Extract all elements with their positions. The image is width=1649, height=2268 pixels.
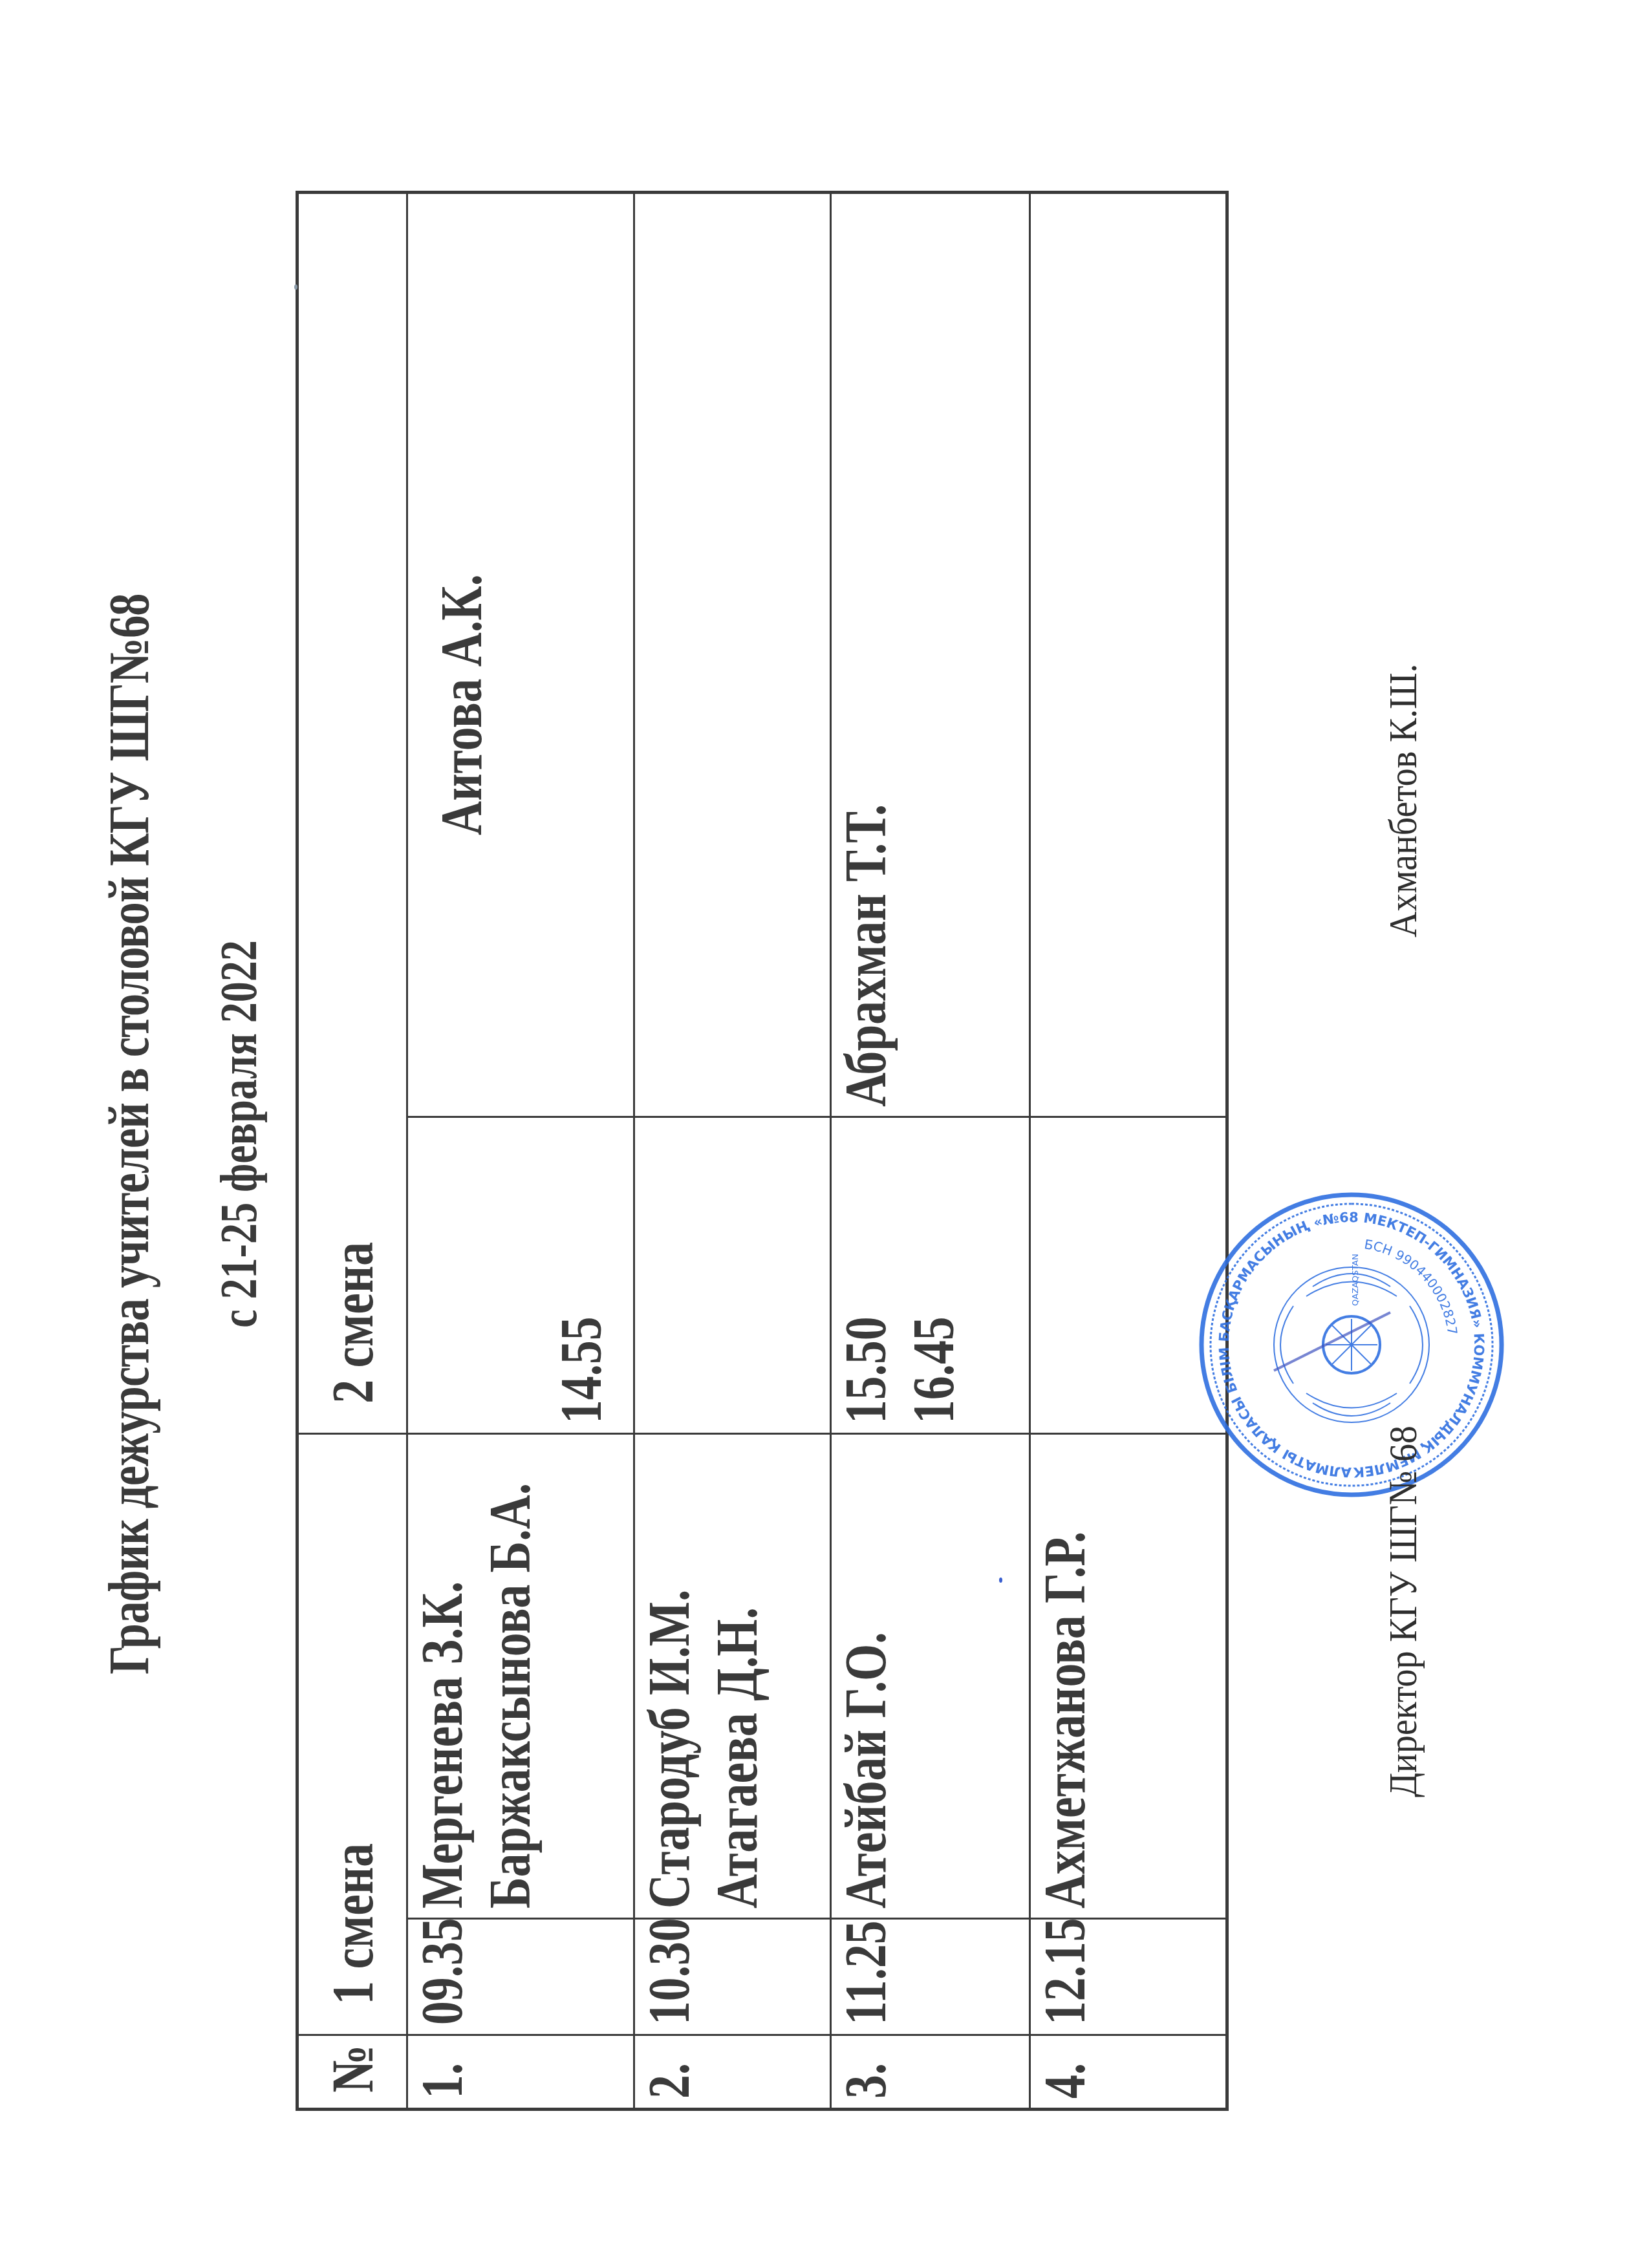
director-title: Директор КГУ ШГ№ 68 bbox=[1381, 1426, 1427, 1797]
shift-1-teachers: Атейбай Г.О. bbox=[831, 1434, 1030, 1919]
table-header-row: № 1 смена 2 смена bbox=[297, 193, 407, 2110]
document-page: График дежурства учителей в столовой КГУ… bbox=[0, 0, 1649, 2268]
document-title: График дежурства учителей в столовой КГУ… bbox=[97, 227, 162, 2041]
row-number: 1. bbox=[407, 2035, 634, 2110]
row-number: 3. bbox=[831, 2035, 1030, 2110]
table-row: 1. 09.35 Мергенева З.К. Баржаксынова Б.А… bbox=[407, 193, 634, 2110]
teacher-name: Ахметжанова Г.Р. bbox=[1031, 1532, 1099, 1909]
shift-2-teachers: Аитова А.К. bbox=[407, 193, 634, 1117]
duty-schedule-table: № 1 смена 2 смена 1. 09.35 Мергенева З.К… bbox=[296, 191, 1229, 2111]
shift-1-teachers: Стародуб И.М. Атагаева Д.Н. bbox=[634, 1434, 831, 1919]
shift-2-time: 14.55 bbox=[407, 1117, 634, 1434]
svg-text:QAZAQSTAN: QAZAQSTAN bbox=[1351, 1254, 1361, 1306]
table-row: 4. 12.15 Ахметжанова Г.Р. bbox=[1030, 193, 1227, 2110]
teacher-name: Стародуб И.М. bbox=[635, 1590, 703, 1909]
shift-2-time bbox=[634, 1117, 831, 1434]
shift-2-teachers: Абрахман Т.Т. bbox=[831, 193, 1030, 1117]
teacher-name: Баржаксынова Б.А. bbox=[476, 1483, 544, 1909]
scan-artifact bbox=[294, 284, 297, 290]
table-row: 3. 11.25 Атейбай Г.О. 15.50 16.45 Абрахм… bbox=[831, 193, 1030, 2110]
row-number: 2. bbox=[634, 2035, 831, 2110]
teacher-name: Атейбай Г.О. bbox=[832, 1632, 900, 1909]
shift-1-teachers: Ахметжанова Г.Р. bbox=[1030, 1434, 1227, 1919]
official-stamp-icon: АЛМАТЫ ҚАЛАСЫ БІЛІМ БАСҚАРМАСЫНЫҢ «№68 М… bbox=[1196, 1190, 1507, 1500]
row-number: 4. bbox=[1030, 2035, 1227, 2110]
header-number: № bbox=[297, 2035, 407, 2110]
teacher-name: Мергенева З.К. bbox=[408, 1483, 476, 1909]
teacher-name: Аитова А.К. bbox=[427, 574, 495, 835]
header-shift-1: 1 смена bbox=[297, 1434, 407, 2035]
table-row: 2. 10.30 Стародуб И.М. Атагаева Д.Н. bbox=[634, 193, 831, 2110]
director-name: Ахманбетов К.Ш. bbox=[1381, 664, 1427, 937]
shift-2-time: 15.50 16.45 bbox=[831, 1117, 1030, 1434]
shift-1-teachers: Мергенева З.К. Баржаксынова Б.А. bbox=[407, 1434, 634, 1919]
shift-1-time: 09.35 bbox=[407, 1919, 634, 2035]
teacher-name: Абрахман Т.Т. bbox=[832, 804, 900, 1107]
shift-2-teachers bbox=[634, 193, 831, 1117]
shift-1-time: 12.15 bbox=[1030, 1919, 1227, 2035]
shift-1-time: 10.30 bbox=[634, 1919, 831, 2035]
header-shift-2: 2 смена bbox=[297, 193, 407, 1434]
shift-2-teachers bbox=[1030, 193, 1227, 1117]
document-period: с 21-25 февраля 2022 bbox=[210, 227, 269, 2041]
scan-artifact bbox=[999, 1578, 1002, 1583]
teacher-name: Атагаева Д.Н. bbox=[703, 1590, 771, 1909]
shift-1-time: 11.25 bbox=[831, 1919, 1030, 2035]
